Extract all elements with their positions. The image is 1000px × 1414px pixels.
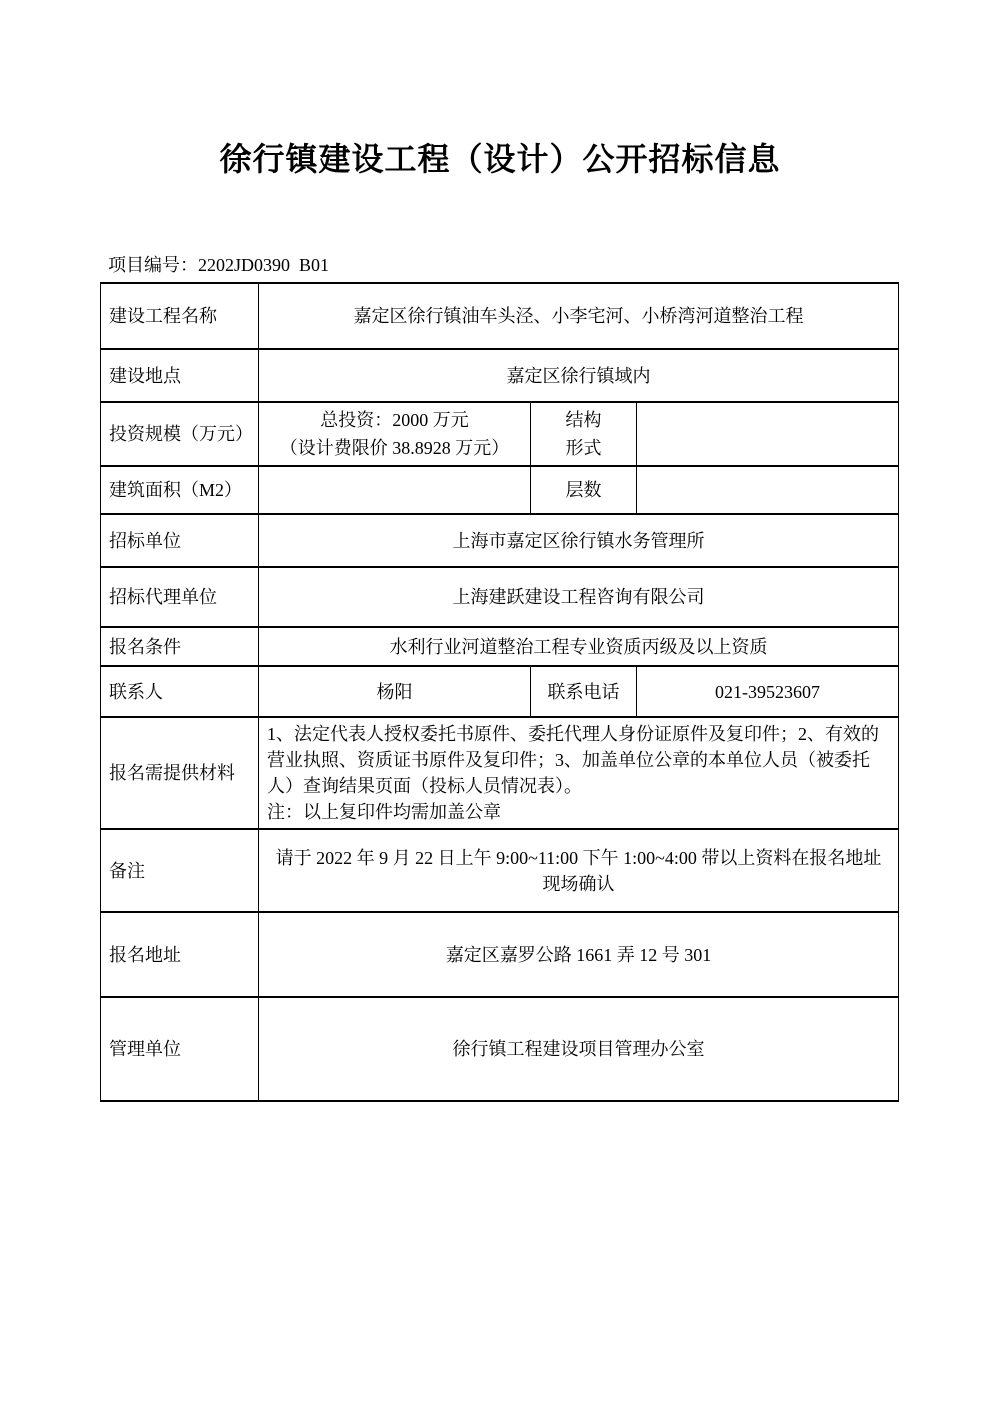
table-row: 报名需提供材料 1、法定代表人授权委托书原件、委托代理人身份证原件及复印件；2、… bbox=[101, 717, 899, 829]
investment-value: 总投资：2000 万元 （设计费限价 38.8928 万元） bbox=[259, 402, 531, 466]
registration-address-label: 报名地址 bbox=[101, 912, 259, 997]
floor-area-label: 建筑面积（M2） bbox=[101, 466, 259, 514]
project-name-label: 建设工程名称 bbox=[101, 283, 259, 349]
registration-condition-value: 水利行业河道整治工程专业资质丙级及以上资质 bbox=[259, 627, 899, 666]
contact-phone-label: 联系电话 bbox=[531, 666, 637, 717]
investment-design-fee-limit: （设计费限价 38.8928 万元） bbox=[267, 434, 522, 462]
table-row: 投资规模（万元） 总投资：2000 万元 （设计费限价 38.8928 万元） … bbox=[101, 402, 899, 466]
materials-list: 1、法定代表人授权委托书原件、委托代理人身份证原件及复印件；2、有效的营业执照、… bbox=[267, 721, 890, 799]
structure-type-label: 结构 形式 bbox=[531, 402, 637, 466]
bidding-info-table: 建设工程名称 嘉定区徐行镇油车头泾、小李宅河、小桥湾河道整治工程 建设地点 嘉定… bbox=[100, 282, 899, 1102]
materials-note: 注：以上复印件均需加盖公章 bbox=[267, 799, 890, 825]
table-row: 建筑面积（M2） 层数 bbox=[101, 466, 899, 514]
investment-total: 总投资：2000 万元 bbox=[267, 406, 522, 434]
project-number-value: 2202JD0390 B01 bbox=[198, 255, 329, 275]
page-title: 徐行镇建设工程（设计）公开招标信息 bbox=[0, 140, 1000, 178]
management-unit-value: 徐行镇工程建设项目管理办公室 bbox=[259, 997, 899, 1101]
remarks-value: 请于 2022 年 9 月 22 日上午 9:00~11:00 下午 1:00~… bbox=[259, 829, 899, 912]
floor-area-value bbox=[259, 466, 531, 514]
table-row: 招标单位 上海市嘉定区徐行镇水务管理所 bbox=[101, 514, 899, 567]
project-name-value: 嘉定区徐行镇油车头泾、小李宅河、小桥湾河道整治工程 bbox=[259, 283, 899, 349]
structure-type-value bbox=[637, 402, 899, 466]
table-row: 建设地点 嘉定区徐行镇域内 bbox=[101, 349, 899, 402]
registration-address-value: 嘉定区嘉罗公路 1661 弄 12 号 301 bbox=[259, 912, 899, 997]
table-row: 报名条件 水利行业河道整治工程专业资质丙级及以上资质 bbox=[101, 627, 899, 666]
materials-value: 1、法定代表人授权委托书原件、委托代理人身份证原件及复印件；2、有效的营业执照、… bbox=[259, 717, 899, 829]
floors-label: 层数 bbox=[531, 466, 637, 514]
contact-label: 联系人 bbox=[101, 666, 259, 717]
tender-agency-value: 上海建跃建设工程咨询有限公司 bbox=[259, 567, 899, 627]
management-unit-label: 管理单位 bbox=[101, 997, 259, 1101]
registration-condition-label: 报名条件 bbox=[101, 627, 259, 666]
table-row: 联系人 杨阳 联系电话 021-39523607 bbox=[101, 666, 899, 717]
contact-value: 杨阳 bbox=[259, 666, 531, 717]
investment-label: 投资规模（万元） bbox=[101, 402, 259, 466]
document-page: 徐行镇建设工程（设计）公开招标信息 项目编号：2202JD0390 B01 建设… bbox=[0, 0, 1000, 1414]
project-number-label: 项目编号： bbox=[108, 255, 198, 275]
materials-label: 报名需提供材料 bbox=[101, 717, 259, 829]
table-row: 建设工程名称 嘉定区徐行镇油车头泾、小李宅河、小桥湾河道整治工程 bbox=[101, 283, 899, 349]
tender-unit-label: 招标单位 bbox=[101, 514, 259, 567]
remarks-label: 备注 bbox=[101, 829, 259, 912]
table-row: 招标代理单位 上海建跃建设工程咨询有限公司 bbox=[101, 567, 899, 627]
table-row: 管理单位 徐行镇工程建设项目管理办公室 bbox=[101, 997, 899, 1101]
location-label: 建设地点 bbox=[101, 349, 259, 402]
contact-phone-value: 021-39523607 bbox=[637, 666, 899, 717]
tender-unit-value: 上海市嘉定区徐行镇水务管理所 bbox=[259, 514, 899, 567]
structure-type-label-line2: 形式 bbox=[539, 434, 628, 462]
floors-value bbox=[637, 466, 899, 514]
table-row: 报名地址 嘉定区嘉罗公路 1661 弄 12 号 301 bbox=[101, 912, 899, 997]
location-value: 嘉定区徐行镇域内 bbox=[259, 349, 899, 402]
table-row: 备注 请于 2022 年 9 月 22 日上午 9:00~11:00 下午 1:… bbox=[101, 829, 899, 912]
tender-agency-label: 招标代理单位 bbox=[101, 567, 259, 627]
structure-type-label-line1: 结构 bbox=[539, 406, 628, 434]
project-number-line: 项目编号：2202JD0390 B01 bbox=[108, 254, 1000, 276]
